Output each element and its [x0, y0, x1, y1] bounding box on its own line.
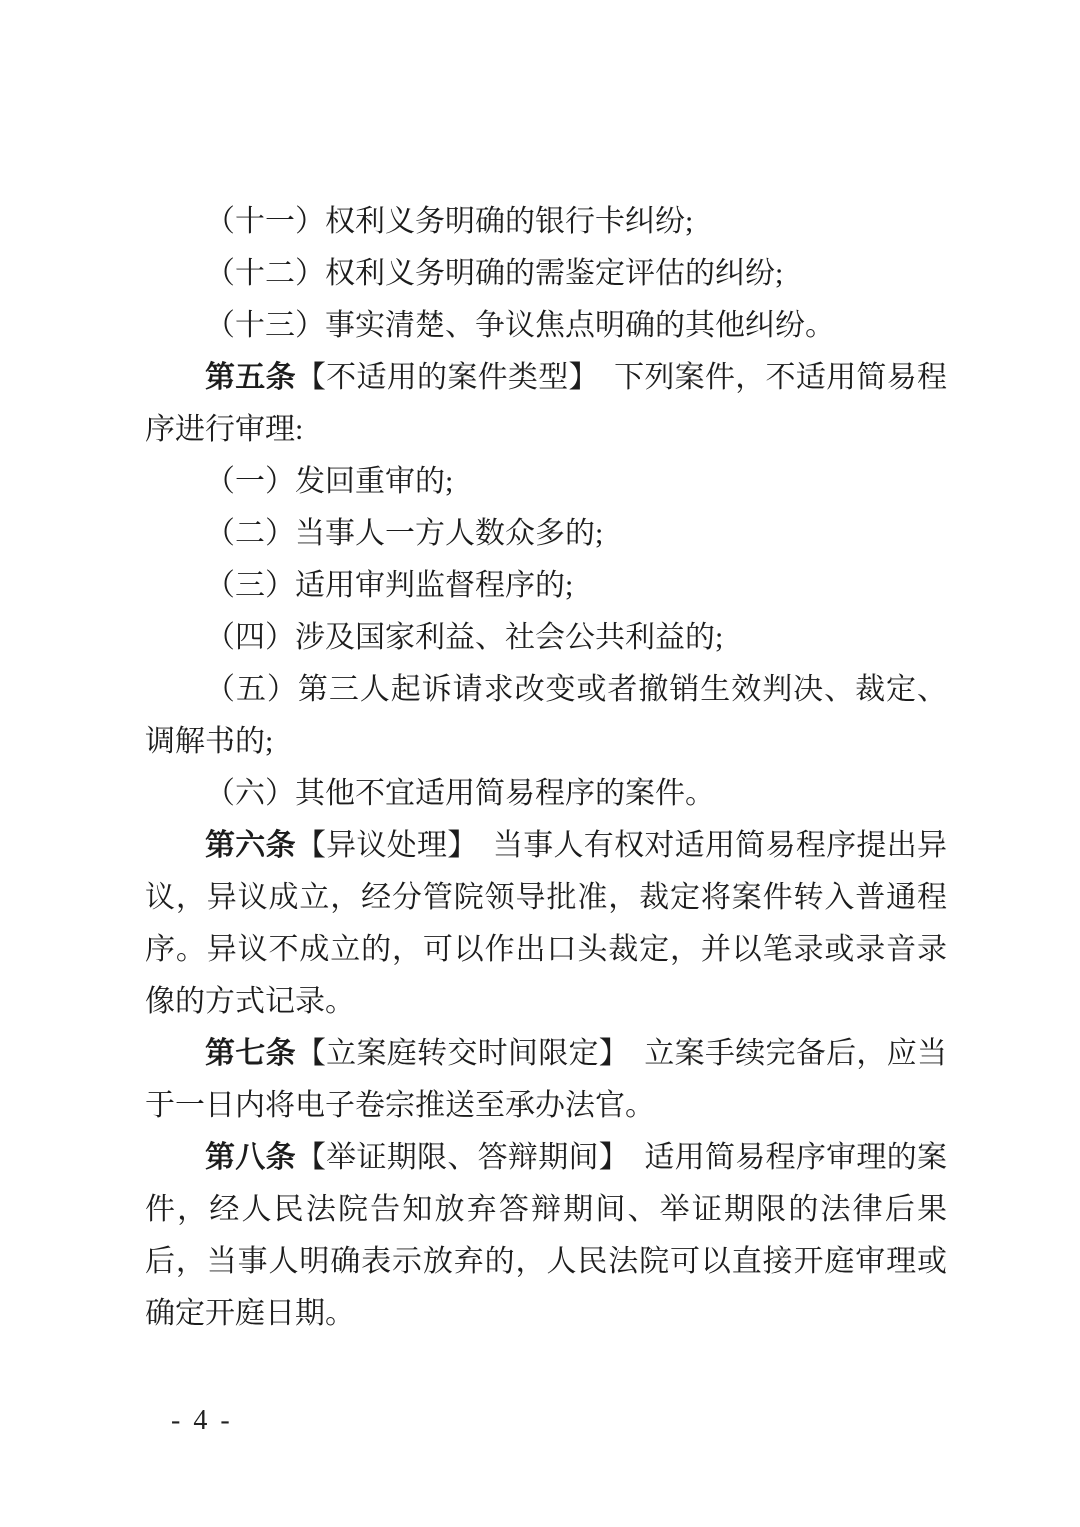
text-run: （一）发回重审的;: [205, 465, 453, 498]
document-page: （十一）权利义务明确的银行卡纠纷;（十二）权利义务明确的需鉴定评估的纠纷;（十三…: [0, 0, 1080, 1527]
article-6: 第六条【异议处理】 当事人有权对适用简易程序提出异议，异议成立，经分管院领导批准…: [145, 820, 947, 1028]
item-6: （六）其他不宜适用简易程序的案件。: [145, 768, 947, 820]
item-11: （十一）权利义务明确的银行卡纠纷;: [145, 196, 947, 248]
document-body: （十一）权利义务明确的银行卡纠纷;（十二）权利义务明确的需鉴定评估的纠纷;（十三…: [145, 196, 947, 1340]
text-run: （五）第三人起诉请求改变或者撤销生效判决、裁定、调解书的;: [145, 673, 947, 758]
text-run: （二）当事人一方人数众多的;: [205, 517, 603, 550]
text-run: （六）其他不宜适用简易程序的案件。: [205, 777, 715, 810]
article-number: 第七条: [205, 1037, 296, 1070]
article-number: 第五条: [205, 361, 296, 394]
text-run: （四）涉及国家利益、社会公共利益的;: [205, 621, 723, 654]
article-5: 第五条【不适用的案件类型】 下列案件，不适用简易程序进行审理:: [145, 352, 947, 456]
item-12: （十二）权利义务明确的需鉴定评估的纠纷;: [145, 248, 947, 300]
text-run: （十二）权利义务明确的需鉴定评估的纠纷;: [205, 257, 783, 290]
item-4: （四）涉及国家利益、社会公共利益的;: [145, 612, 947, 664]
text-run: （十一）权利义务明确的银行卡纠纷;: [205, 205, 693, 238]
article-8: 第八条【举证期限、答辩期间】 适用简易程序审理的案件，经人民法院告知放弃答辩期间…: [145, 1132, 947, 1340]
text-run: （三）适用审判监督程序的;: [205, 569, 573, 602]
item-5: （五）第三人起诉请求改变或者撤销生效判决、裁定、调解书的;: [145, 664, 947, 768]
item-3: （三）适用审判监督程序的;: [145, 560, 947, 612]
article-number: 第六条: [205, 829, 296, 862]
article-7: 第七条【立案庭转交时间限定】 立案手续完备后，应当于一日内将电子卷宗推送至承办法…: [145, 1028, 947, 1132]
item-2: （二）当事人一方人数众多的;: [145, 508, 947, 560]
text-run: （十三）事实清楚、争议焦点明确的其他纠纷。: [205, 309, 835, 342]
page-number: - 4 -: [171, 1404, 233, 1438]
item-1: （一）发回重审的;: [145, 456, 947, 508]
item-13: （十三）事实清楚、争议焦点明确的其他纠纷。: [145, 300, 947, 352]
article-number: 第八条: [205, 1141, 296, 1174]
